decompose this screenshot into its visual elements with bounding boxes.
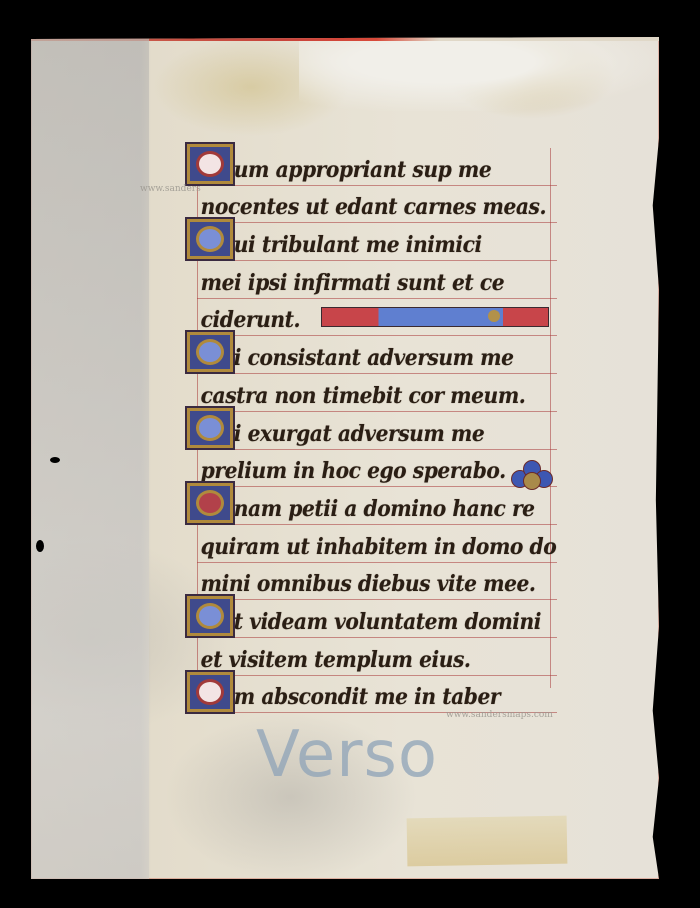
text-line: et visitem templum eius. bbox=[197, 638, 557, 676]
leaf-hole bbox=[50, 457, 60, 463]
text-line: prelium in hoc ego sperabo. bbox=[197, 450, 557, 488]
url-watermark: www.sandersmaps.com bbox=[446, 710, 553, 720]
text-line: i consistant adversum me bbox=[197, 336, 557, 374]
text-line: t videam voluntatem domini bbox=[197, 600, 557, 638]
leaf-hole bbox=[36, 540, 44, 552]
repair-patch bbox=[407, 816, 568, 867]
text-block: um appropriant sup me nocentes ut edant … bbox=[197, 148, 557, 713]
line-filler-ornament bbox=[321, 307, 549, 327]
text-line: m abscondit me in taber bbox=[197, 676, 557, 714]
top-stain bbox=[299, 41, 659, 111]
text-line: nam petii a domino hanc re bbox=[197, 487, 557, 525]
text-line: mei ipsi infirmati sunt et ce bbox=[197, 261, 557, 299]
url-watermark: www.sanders bbox=[140, 184, 201, 194]
text-line: ui tribulant me inimici bbox=[197, 223, 557, 261]
text-line: ciderunt. bbox=[197, 299, 557, 337]
edge-notch bbox=[658, 203, 668, 207]
text-line: nocentes ut edant carnes meas. bbox=[197, 186, 557, 224]
trefoil-ornament bbox=[511, 460, 551, 488]
text-line: um appropriant sup me bbox=[197, 148, 557, 186]
text-line: castra non timebit cor meum. bbox=[197, 374, 557, 412]
text-line: quiram ut inhabitem in domo do bbox=[197, 525, 557, 563]
verso-watermark: Verso bbox=[256, 718, 438, 792]
text-line: i exurgat adversum me bbox=[197, 412, 557, 450]
left-discoloration bbox=[31, 37, 149, 879]
edge-notch bbox=[660, 455, 670, 459]
text-line: mini omnibus diebus vite mee. bbox=[197, 563, 557, 601]
